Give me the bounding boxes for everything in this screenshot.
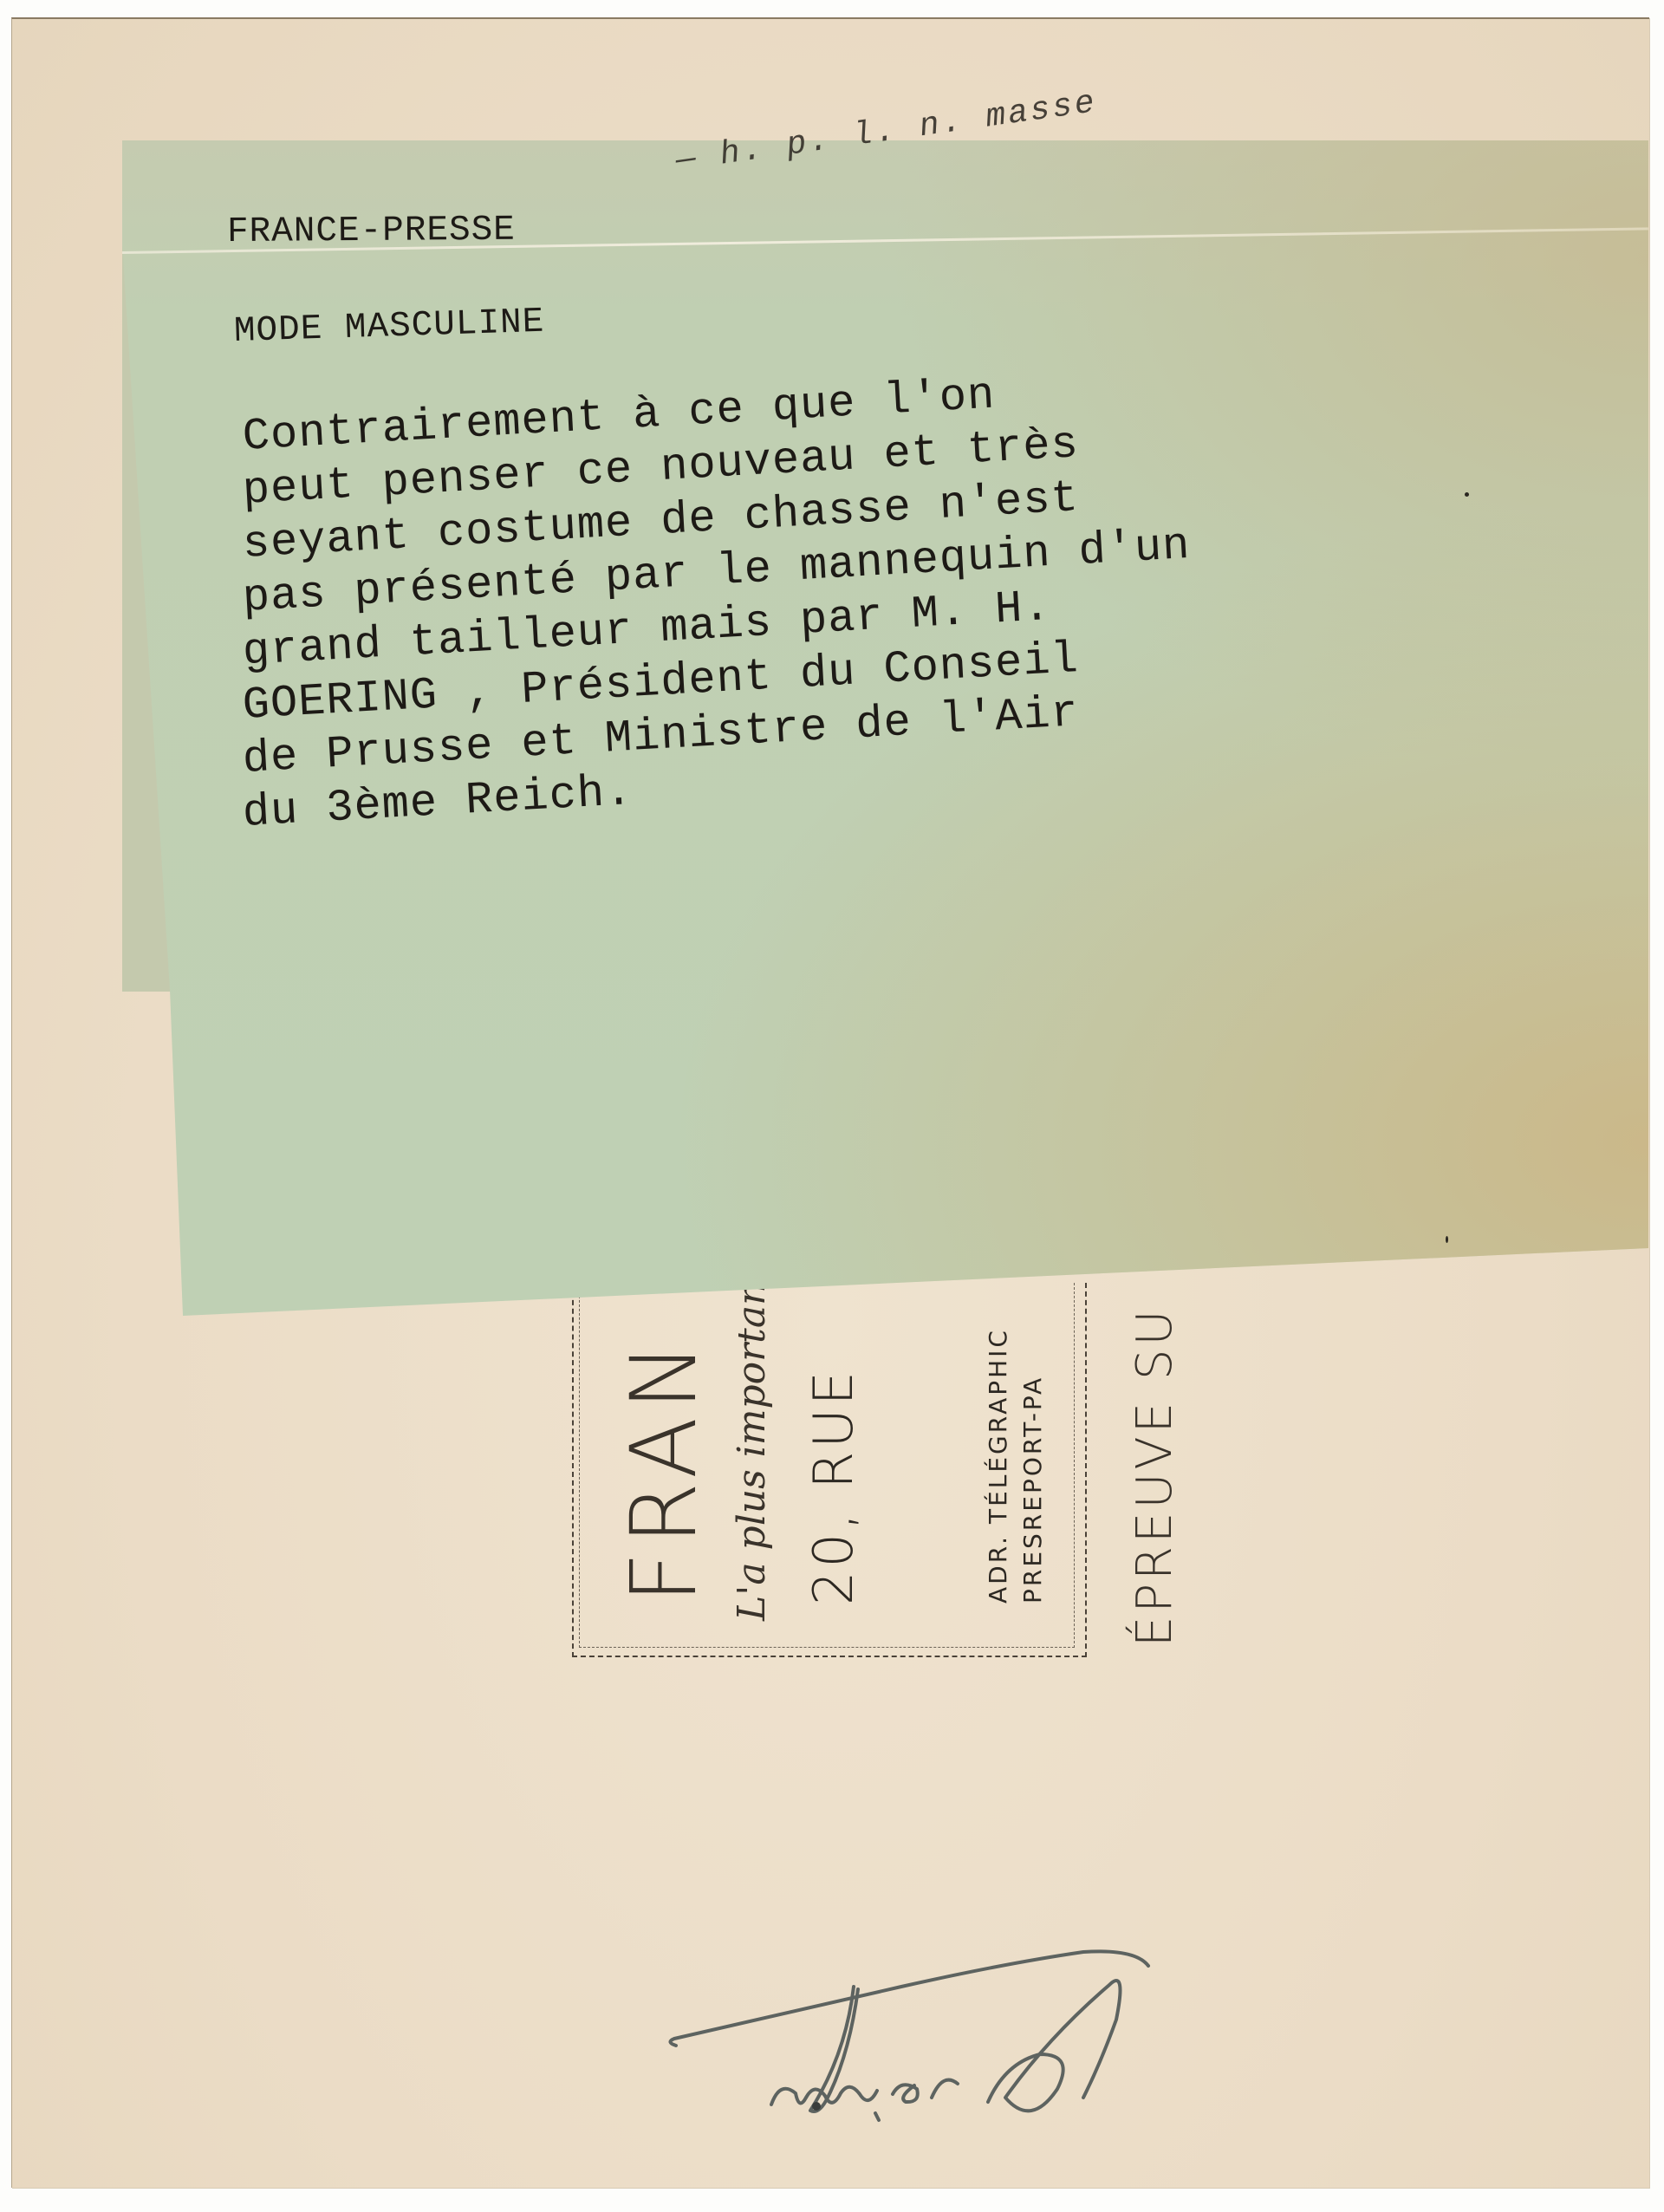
ink-speck [1446,1236,1448,1243]
ink-speck [1465,492,1469,497]
stamp-address: 20, RUE [802,1368,865,1605]
stamp-telegraph-label: ADR. TÉLÉGRAPHIC [984,1328,1012,1604]
stamp-agency-name: FRAN [611,1336,717,1604]
signature-goering [641,1924,1196,2132]
stamp-proof-label: ÉPREUVE SU [1127,1307,1183,1647]
slip-header-agency: FRANCE-PRESSE [227,211,516,252]
stamp-telegraph-address: PRESREPORT-PA [1018,1376,1047,1604]
agency-stamp: FRAN L'a plus importan 20, RUE ADR. TÉLÉ… [572,1283,1092,1664]
stamp-tagline: L'a plus importan [730,1281,774,1621]
